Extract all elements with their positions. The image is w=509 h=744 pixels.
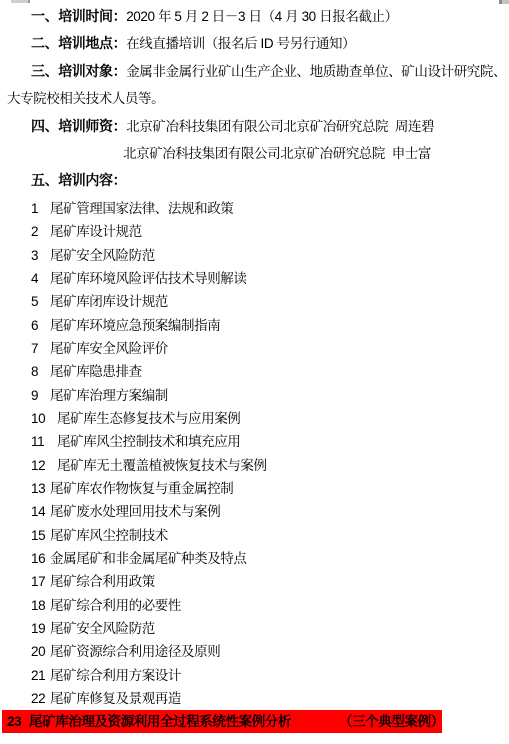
section-training-content-label: 五、培训内容： [31, 172, 126, 188]
section-training-time-text: 2020 年 5 月 2 日－3 日（4 月 30 日报名截止） [126, 9, 398, 24]
section-training-audience-text2: 大专院校相关技术人员等。 [7, 91, 164, 106]
content-item: 5尾矿库闭库设计规范 [0, 290, 509, 313]
section-training-location: 二、培训地点：在线直播培训（报名后 ID 号另行通知） [0, 30, 509, 57]
content-item: 2尾矿库设计规范 [0, 220, 509, 243]
item-text: 尾矿库修复及景观再造 [50, 691, 181, 706]
item-text: 尾矿库风尘控制技术 [50, 528, 168, 543]
content-item: 20尾矿资源综合利用途径及原则 [0, 640, 509, 663]
item-text: 尾矿库隐患排查 [50, 364, 142, 379]
section-training-content: 五、培训内容： [0, 167, 509, 194]
content-item: 16金属尾矿和非金属尾矿种类及特点 [0, 547, 509, 570]
item-number: 21 [31, 664, 50, 687]
item-number: 1 [31, 197, 50, 220]
item-text: 尾矿综合利用政策 [50, 574, 155, 589]
section-training-audience-label: 三、培训对象： [31, 63, 126, 79]
section-training-faculty-text: 北京矿冶科技集团有限公司北京矿冶研究总院 周连碧 [126, 119, 434, 134]
content-item: 22尾矿库修复及景观再造 [0, 687, 509, 710]
item-text: 尾矿库生态修复技术与应用案例 [57, 411, 240, 426]
content-item: 9尾矿库治理方案编制 [0, 384, 509, 407]
item-number: 7 [31, 337, 50, 360]
item-number: 20 [31, 640, 50, 663]
document-content: 一、培训时间：2020 年 5 月 2 日－3 日（4 月 30 日报名截止） … [0, 3, 509, 733]
item-text: 尾矿库农作物恢复与重金属控制 [50, 481, 233, 496]
item-number: 15 [31, 524, 50, 547]
item-text: 尾矿综合利用方案设计 [50, 668, 181, 683]
content-item: 18尾矿综合利用的必要性 [0, 594, 509, 617]
content-item: 11尾矿库风尘控制技术和填充应用 [0, 430, 509, 453]
item-text: 尾矿库风尘控制技术和填充应用 [57, 434, 240, 449]
content-item: 1尾矿管理国家法律、法规和政策 [0, 197, 509, 220]
item-number: 4 [31, 267, 50, 290]
item-text: 尾矿废水处理回用技术与案例 [50, 504, 220, 519]
item-number: 3 [31, 244, 50, 267]
item-text: 尾矿库安全风险评价 [50, 341, 168, 356]
item-text: 尾矿库闭库设计规范 [50, 294, 168, 309]
item-number: 12 [31, 454, 57, 477]
section-training-time-label: 一、培训时间： [31, 8, 126, 24]
item-number: 6 [31, 314, 50, 337]
section-training-audience-wrap: 大专院校相关技术人员等。 [0, 85, 509, 112]
item-number: 23 [7, 710, 29, 733]
content-item: 21尾矿综合利用方案设计 [0, 664, 509, 687]
content-item: 14尾矿废水处理回用技术与案例 [0, 500, 509, 523]
item-text: 尾矿安全风险防范 [50, 621, 155, 636]
content-item: 19尾矿安全风险防范 [0, 617, 509, 640]
item-text: 尾矿资源综合利用途径及原则 [50, 644, 220, 659]
item-number: 16 [31, 547, 50, 570]
content-item: 6尾矿库环境应急预案编制指南 [0, 314, 509, 337]
content-item: 23尾矿库治理及资源利用全过程系统性案例分析（三个典型案例） [2, 710, 442, 733]
content-item: 8尾矿库隐患排查 [0, 360, 509, 383]
item-number: 8 [31, 360, 50, 383]
section-training-audience: 三、培训对象：金属非金属行业矿山生产企业、地质勘查单位、矿山设计研究院、 [0, 58, 509, 85]
content-item: 15尾矿库风尘控制技术 [0, 524, 509, 547]
section-training-time: 一、培训时间：2020 年 5 月 2 日－3 日（4 月 30 日报名截止） [0, 3, 509, 30]
item-text: 尾矿综合利用的必要性 [50, 598, 181, 613]
content-item: 3尾矿安全风险防范 [0, 244, 509, 267]
item-text: 尾矿管理国家法律、法规和政策 [50, 201, 233, 216]
item-text: 尾矿库环境应急预案编制指南 [50, 318, 220, 333]
item-text: 尾矿库环境风险评估技术导则解读 [50, 271, 247, 286]
section-training-faculty-label: 四、培训师资： [31, 118, 126, 134]
item-suffix: （三个典型案例） [339, 714, 444, 729]
section-training-location-text: 在线直播培训（报名后 ID 号另行通知） [126, 36, 355, 51]
section-training-faculty-wrap: 北京矿冶科技集团有限公司北京矿冶研究总院 申士富 [0, 140, 509, 167]
item-number: 9 [31, 384, 50, 407]
document-page: 一、培训时间：2020 年 5 月 2 日－3 日（4 月 30 日报名截止） … [0, 0, 509, 744]
section-training-faculty: 四、培训师资：北京矿冶科技集团有限公司北京矿冶研究总院 周连碧 [0, 113, 509, 140]
item-text: 金属尾矿和非金属尾矿种类及特点 [50, 551, 247, 566]
item-text: 尾矿安全风险防范 [50, 248, 155, 263]
item-number: 18 [31, 594, 50, 617]
content-item: 12尾矿库无土覆盖植被恢复技术与案例 [0, 454, 509, 477]
item-number: 22 [31, 687, 50, 710]
item-text: 尾矿库设计规范 [50, 224, 142, 239]
item-number: 11 [31, 430, 57, 453]
item-number: 2 [31, 220, 50, 243]
item-number: 14 [31, 500, 50, 523]
section-training-location-label: 二、培训地点： [31, 35, 126, 51]
content-item: 4尾矿库环境风险评估技术导则解读 [0, 267, 509, 290]
content-item: 10尾矿库生态修复技术与应用案例 [0, 407, 509, 430]
item-number: 17 [31, 570, 50, 593]
item-number: 13 [31, 477, 50, 500]
item-text: 尾矿库治理及资源利用全过程系统性案例分析 [29, 714, 291, 729]
content-item: 7尾矿库安全风险评价 [0, 337, 509, 360]
training-content-list: 1尾矿管理国家法律、法规和政策 2尾矿库设计规范 3尾矿安全风险防范 4尾矿库环… [0, 197, 509, 734]
section-training-faculty-text2: 北京矿冶科技集团有限公司北京矿冶研究总院 申士富 [123, 146, 431, 161]
item-text: 尾矿库治理方案编制 [50, 388, 168, 403]
section-training-audience-text: 金属非金属行业矿山生产企业、地质勘查单位、矿山设计研究院、 [126, 64, 506, 79]
item-number: 10 [31, 407, 57, 430]
item-number: 5 [31, 290, 50, 313]
item-text: 尾矿库无土覆盖植被恢复技术与案例 [57, 458, 267, 473]
item-number: 19 [31, 617, 50, 640]
content-item: 17尾矿综合利用政策 [0, 570, 509, 593]
content-item: 13尾矿库农作物恢复与重金属控制 [0, 477, 509, 500]
